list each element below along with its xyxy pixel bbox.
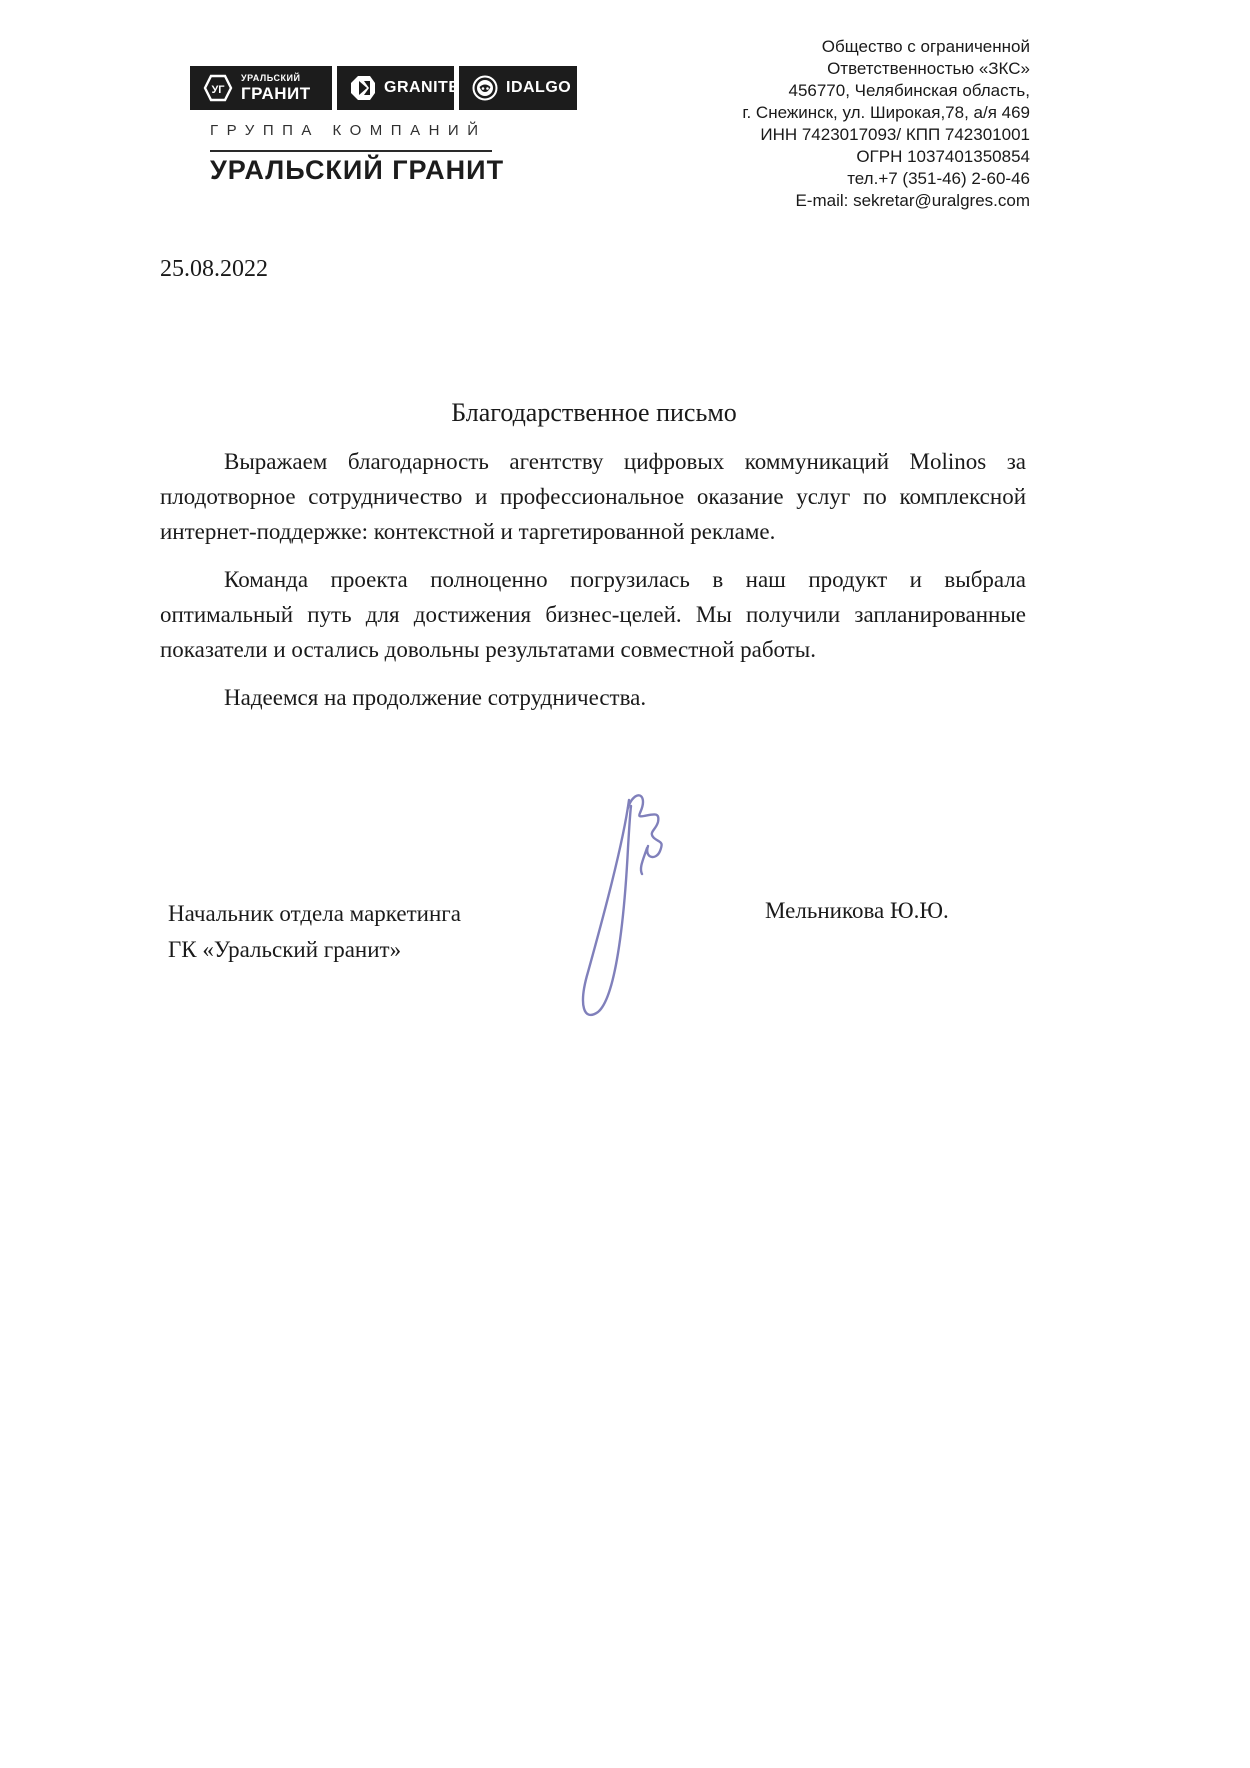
letter-title: Благодарственное письмо: [160, 398, 1028, 428]
company-line: 456770, Челябинская область,: [742, 80, 1030, 102]
badge-uralsky-granit-label: УРАЛЬСКИЙ ГРАНИТ: [241, 74, 311, 102]
brand-badges: УГ УРАЛЬСКИЙ ГРАНИТ GRANITEA: [190, 66, 577, 110]
badge-granitea: GRANITEA: [337, 66, 454, 110]
company-details: Общество с ограниченной Ответственностью…: [742, 36, 1030, 212]
logo-wordmark: УРАЛЬСКИЙ ГРАНИТ: [210, 150, 492, 186]
letter-date: 25.08.2022: [160, 256, 268, 283]
letter-body: Выражаем благодарность агентству цифровы…: [160, 444, 1026, 728]
granitea-arrow-icon: [350, 75, 376, 101]
company-email: E-mail: sekretar@uralgres.com: [742, 190, 1030, 212]
company-line: Ответственностью «ЗКС»: [742, 58, 1030, 80]
badge-uralsky-granit: УГ УРАЛЬСКИЙ ГРАНИТ: [190, 66, 332, 110]
company-line: Общество с ограниченной: [742, 36, 1030, 58]
paragraph: Команда проекта полноценно погрузилась в…: [160, 562, 1026, 667]
signatory-position-line2: ГК «Уральский гранит»: [168, 932, 461, 968]
company-line: тел.+7 (351-46) 2-60-46: [742, 168, 1030, 190]
svg-text:УГ: УГ: [211, 84, 225, 96]
company-line: ИНН 7423017093/ КПП 742301001: [742, 124, 1030, 146]
group-caption: ГРУППА КОМПАНИЙ: [210, 122, 502, 139]
signatory-name: Мельникова Ю.Ю.: [765, 898, 949, 924]
company-line: ОГРН 1037401350854: [742, 146, 1030, 168]
paragraph: Выражаем благодарность агентству цифровы…: [160, 444, 1026, 549]
badge-text-line1: УРАЛЬСКИЙ: [241, 74, 311, 83]
logo-block: УГ УРАЛЬСКИЙ ГРАНИТ GRANITEA: [190, 66, 577, 110]
paragraph: Надеемся на продолжение сотрудничества.: [160, 680, 1026, 715]
signatory-position: Начальник отдела маркетинга ГК «Уральски…: [168, 896, 461, 968]
ug-hexagon-icon: УГ: [203, 73, 233, 103]
badge-idalgo: IDALGO: [459, 66, 577, 110]
signatory-position-line1: Начальник отдела маркетинга: [168, 896, 461, 932]
company-line: г. Снежинск, ул. Широкая,78, а/я 469: [742, 102, 1030, 124]
badge-idalgo-label: IDALGO: [506, 79, 571, 97]
handwritten-signature: [563, 786, 685, 1034]
idalgo-emblem-icon: [472, 75, 498, 101]
letter-page: УГ УРАЛЬСКИЙ ГРАНИТ GRANITEA: [0, 0, 1250, 1768]
badge-text-line2: ГРАНИТ: [241, 85, 311, 102]
